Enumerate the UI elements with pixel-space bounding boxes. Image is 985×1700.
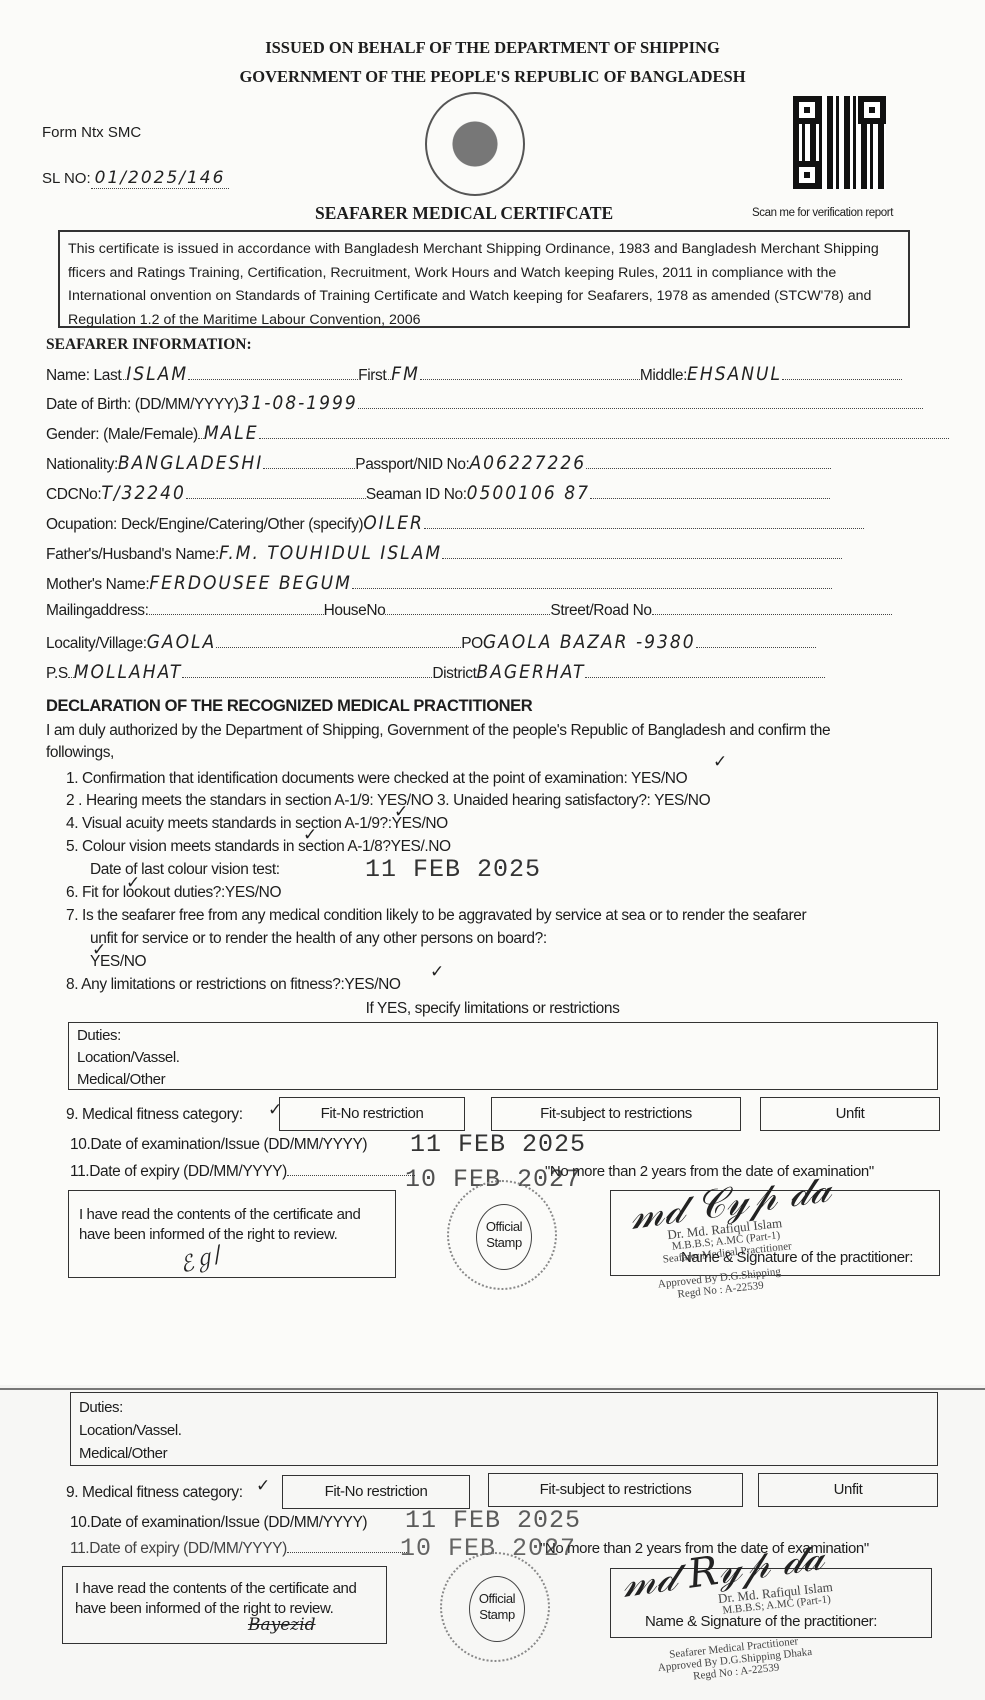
government-seal-icon [425, 92, 525, 196]
passport-label: Passport/NID No: [355, 456, 469, 473]
gender-label: Gender: (Male/Female) [46, 426, 198, 443]
restrictions-box: Duties: Location/Vassel. Medical/Other [70, 1392, 938, 1466]
qr-code-icon[interactable] [793, 96, 886, 189]
practitioner-box: 𝓂𝒹 𝑅𝓎𝓅 𝒹𝒶 Dr. Md. Rafiqul Islam M.B.B.S;… [610, 1568, 932, 1638]
certificate-copy: Duties: Location/Vassel. Medical/Other 9… [0, 1388, 985, 1700]
ps-row: P.SMOLLAHATDistrictBAGERHAT [46, 661, 825, 683]
check-mark-icon: ✓ [303, 825, 317, 845]
category-unfit[interactable]: Unfit [758, 1473, 938, 1507]
locality-row: Locality/Village:GAOLAPOGAOLA BAZAR -938… [46, 631, 816, 653]
expiry-date-label: 11.Date of expiry (DD/MM/YYYY) [70, 1163, 287, 1180]
restriction-duties: Duties: [77, 1025, 180, 1047]
ps-value[interactable]: MOLLAHAT [74, 661, 183, 683]
qr-caption: Scan me for verification report [752, 207, 893, 219]
official-stamp-text: Official Stamp [476, 1204, 532, 1270]
nationality-value[interactable]: BANGLADESHI [118, 452, 263, 474]
colour-test-label: Date of last colour vision test: [90, 861, 280, 879]
serial-number: SL NO:01/2025/146 [42, 168, 229, 188]
declaration-item-7-cont: unfit for service or to render the healt… [90, 930, 547, 948]
mailing-row: Mailingaddress:HouseNoStreet/Road No [46, 602, 892, 620]
house-no-label: HouseNo [324, 602, 386, 619]
ps-label: P.S [46, 665, 68, 682]
check-mark-icon: ✓ [256, 1476, 270, 1496]
mother-name-value[interactable]: FERDOUSEE BEGUM [149, 572, 352, 594]
passport-value[interactable]: A06227226 [469, 452, 586, 474]
last-name-value[interactable]: ISLAM [126, 363, 188, 385]
expiry-date-label: 11.Date of expiry (DD/MM/YYYY) [70, 1540, 287, 1557]
issuer-line-1: ISSUED ON BEHALF OF THE DEPARTMENT OF SH… [0, 38, 985, 58]
nationality-label: Nationality: [46, 456, 118, 473]
restriction-duties: Duties: [79, 1396, 182, 1419]
fitness-category-label: 9. Medical fitness category: [66, 1484, 243, 1502]
category-fit-no-restriction[interactable]: Fit-No restriction [282, 1475, 470, 1509]
acknowledgement-text: I have read the contents of the certific… [79, 1205, 379, 1245]
restriction-medical: Medical/Other [77, 1069, 180, 1091]
declaration-item-7: 7. Is the seafarer free from any medical… [66, 907, 806, 925]
declaration-heading: DECLARATION OF THE RECOGNIZED MEDICAL PR… [46, 697, 532, 716]
nationality-row: Nationality:BANGLADESHIPassport/NID No:A… [46, 452, 831, 474]
cdc-row: CDCNo:T/32240Seaman ID No:0500106 87 [46, 482, 830, 504]
seaman-id-value[interactable]: 0500106 87 [467, 482, 590, 504]
occupation-value[interactable]: OILER [363, 512, 424, 534]
declaration-item-2-3: 2 . Hearing meets the standars in sectio… [66, 792, 710, 810]
acknowledgement-text: I have read the contents of the certific… [75, 1579, 375, 1619]
expiry-date-row: 11.Date of expiry (DD/MM/YYYY) [70, 1540, 407, 1558]
declaration-intro: I am duly authorized by the Department o… [46, 720, 896, 764]
certificate-page: ISSUED ON BEHALF OF THE DEPARTMENT OF SH… [0, 0, 985, 1385]
mother-row: Mother's Name:FERDOUSEE BEGUM [46, 572, 832, 594]
seaman-id-label: Seaman ID No: [366, 486, 467, 503]
serial-label: SL NO: [42, 170, 91, 187]
occupation-row: Ocupation: Deck/Engine/Catering/Other (s… [46, 512, 864, 534]
acknowledgement-box: I have read the contents of the certific… [68, 1190, 396, 1278]
expiry-date-row: 11.Date of expiry (DD/MM/YYYY) [70, 1163, 415, 1181]
cdc-label: CDCNo: [46, 486, 101, 503]
po-label: PO [461, 635, 483, 652]
declaration-item-4: 4. Visual acuity meets standards in sect… [66, 815, 448, 833]
middle-name-value[interactable]: EHSANUL [687, 363, 782, 385]
exam-date-label: 10.Date of examination/Issue (DD/MM/YYYY… [70, 1136, 367, 1154]
father-row: Father's/Husband's Name:F.M. TOUHIDUL IS… [46, 542, 842, 564]
practitioner-box: 𝓂𝒹 𝒞𝓎𝓅 𝒹𝒶 Dr. Md. Rafiqul Islam M.B.B.S;… [610, 1190, 940, 1276]
exam-date-label: 10.Date of examination/Issue (DD/MM/YYYY… [70, 1514, 367, 1532]
gender-value[interactable]: MALE [204, 422, 259, 444]
declaration-item-6: 6. Fit for lookout duties?:YES/NO [66, 884, 281, 902]
restriction-location: Location/Vassel. [77, 1047, 180, 1069]
first-name-label: First [358, 367, 386, 384]
street-label: Street/Road No [550, 602, 651, 619]
colour-test-date: 11 FEB 2025 [365, 855, 541, 884]
locality-label: Locality/Village: [46, 635, 147, 652]
mother-name-label: Mother's Name: [46, 576, 149, 593]
occupation-label: Ocupation: Deck/Engine/Catering/Other (s… [46, 516, 363, 533]
form-number: Form Ntx SMC [42, 124, 141, 141]
district-value[interactable]: BAGERHAT [477, 661, 586, 683]
acknowledgement-box: I have read the contents of the certific… [62, 1566, 387, 1644]
seafarer-signature: Bayezid [248, 1615, 316, 1635]
mailing-address-label: Mailingaddress: [46, 602, 149, 619]
category-fit-no-restriction[interactable]: Fit-No restriction [279, 1097, 465, 1131]
dob-label: Date of Birth: (DD/MM/YYYY) [46, 396, 238, 413]
restriction-location: Location/Vassel. [79, 1419, 182, 1442]
gender-row: Gender: (Male/Female)MALE [46, 422, 949, 444]
category-fit-subject-to-restrictions[interactable]: Fit-subject to restrictions [491, 1097, 741, 1131]
serial-value: 01/2025/146 [91, 168, 230, 189]
fitness-category-label: 9. Medical fitness category: [66, 1106, 243, 1124]
certificate-title: SEAFARER MEDICAL CERTIFCATE [315, 203, 613, 224]
name-row: Name: LastISLAMFirstFMMiddle:EHSANUL [46, 363, 902, 385]
restrictions-instruction: If YES, specify limitations or restricti… [0, 1000, 985, 1018]
legal-notice-text: This certificate is issued in accordance… [68, 241, 879, 328]
category-fit-subject-to-restrictions[interactable]: Fit-subject to restrictions [488, 1473, 743, 1507]
check-mark-icon: ✓ [126, 873, 140, 893]
declaration-item-1: 1. Confirmation that identification docu… [66, 770, 687, 788]
check-mark-icon: ✓ [430, 962, 444, 982]
official-stamp-text: Official Stamp [469, 1576, 525, 1642]
check-mark-icon: ✓ [92, 940, 106, 960]
legal-notice: This certificate is issued in accordance… [58, 230, 910, 328]
exam-date-value: 11 FEB 2025 [410, 1130, 586, 1159]
seafarer-info-heading: SEAFARER INFORMATION: [46, 336, 252, 354]
restrictions-box: Duties: Location/Vassel. Medical/Other [68, 1022, 938, 1090]
father-name-label: Father's/Husband's Name: [46, 546, 219, 563]
declaration-item-5: 5. Colour vision meets standards in sect… [66, 838, 451, 856]
official-stamp-icon: Official Stamp [447, 1180, 557, 1290]
locality-value[interactable]: GAOLA [147, 631, 217, 653]
first-name-value[interactable]: FM [391, 363, 420, 385]
district-label: District [432, 665, 476, 682]
check-mark-icon: ✓ [713, 752, 727, 772]
category-unfit[interactable]: Unfit [760, 1097, 940, 1131]
check-mark-icon: ✓ [394, 802, 408, 822]
practitioner-label: Name & Signature of the practitioner: [645, 1613, 877, 1630]
last-name-label: Name: Last [46, 367, 121, 384]
po-value[interactable]: GAOLA BAZAR -9380 [483, 631, 696, 653]
official-stamp-icon: Official Stamp [440, 1552, 550, 1662]
cdc-value[interactable]: T/32240 [101, 482, 186, 504]
father-name-value[interactable]: F.M. TOUHIDUL ISLAM [219, 542, 442, 564]
declaration-item-8: 8. Any limitations or restrictions on fi… [66, 976, 401, 994]
issuer-line-2: GOVERNMENT OF THE PEOPLE'S REPUBLIC OF B… [0, 67, 985, 87]
exam-date-value: 11 FEB 2025 [405, 1506, 581, 1535]
dob-row: Date of Birth: (DD/MM/YYYY)31-08-1999 [46, 392, 923, 414]
restriction-medical: Medical/Other [79, 1442, 182, 1465]
middle-name-label: Middle: [640, 367, 687, 384]
dob-value[interactable]: 31-08-1999 [238, 392, 357, 414]
